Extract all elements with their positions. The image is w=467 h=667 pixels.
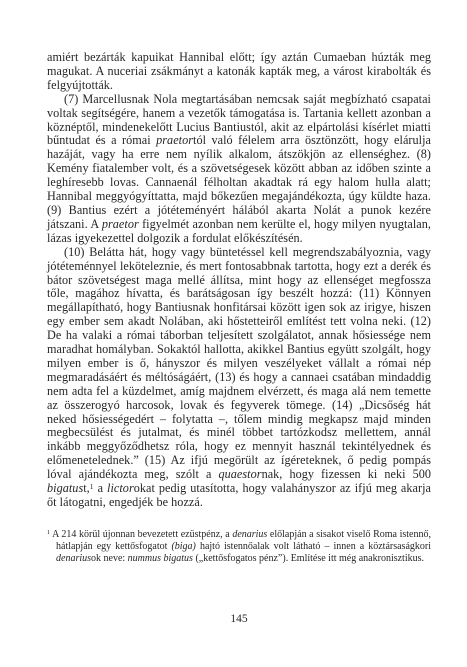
page-number: 145 xyxy=(47,612,431,626)
text-run: („kettősfogatos pénz”). Említése itt még… xyxy=(193,553,424,564)
text-run: A 214 körül újonnan bevezetett ezüstpénz… xyxy=(50,529,232,540)
text-run: a xyxy=(94,481,107,495)
paragraph: (7) Marcellusnak Nola megtartásában nemc… xyxy=(47,93,431,246)
italic-term: praetor xyxy=(156,133,193,147)
italic-term: lictor xyxy=(107,481,134,495)
footnote-ref: 1 xyxy=(47,529,50,536)
italic-term: nummus bigatus xyxy=(128,553,193,564)
footnote-text: 1 A 214 körül újonnan bevezetett ezüstpé… xyxy=(47,529,431,565)
italic-term: (biga) xyxy=(171,541,195,552)
book-page: amiért bezárták kapuikat Hannibal előtt;… xyxy=(0,0,467,667)
text-run: ok neve: xyxy=(91,553,128,564)
footnote-ref: 1 xyxy=(90,482,94,491)
italic-term: bigatus xyxy=(47,481,83,495)
text-run: nak, hogy fizessen ki neki 500 xyxy=(262,467,431,481)
main-text: amiért bezárták kapuikat Hannibal előtt;… xyxy=(47,51,431,510)
text-run: (10) Belátta hát, hogy vagy büntetéssel … xyxy=(47,245,431,482)
italic-term: quaestor xyxy=(219,467,262,481)
footnote: 1 A 214 körül újonnan bevezetett ezüstpé… xyxy=(47,529,431,565)
text-run: amiért bezárták kapuikat Hannibal előtt;… xyxy=(47,50,431,92)
italic-term: denarius xyxy=(232,529,267,540)
paragraph: amiért bezárták kapuikat Hannibal előtt;… xyxy=(47,51,431,93)
text-run: t, xyxy=(83,481,90,495)
text-run: hajtó istennőalak volt látható – innen a… xyxy=(196,541,431,552)
italic-term: praetor xyxy=(102,217,139,231)
italic-term: denarius xyxy=(56,553,91,564)
paragraph: (10) Belátta hát, hogy vagy büntetéssel … xyxy=(47,246,431,510)
